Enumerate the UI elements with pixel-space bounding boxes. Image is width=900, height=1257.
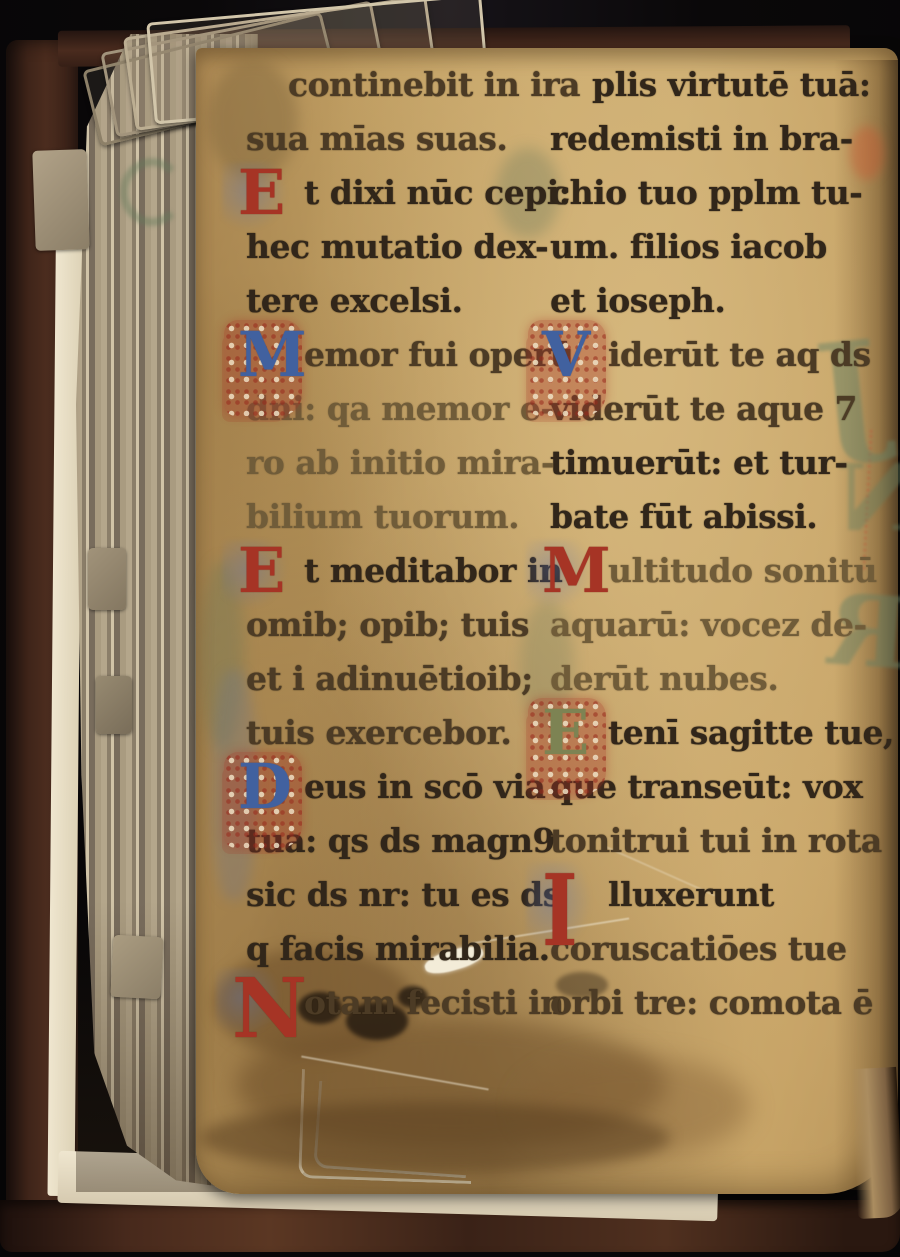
text-line: continebit in ira	[246, 58, 548, 112]
line-text: aquarū: vocez de-	[550, 605, 867, 644]
text-line: um. filios iacob	[550, 220, 882, 274]
fore-edge-tab	[110, 935, 163, 1000]
green-mark	[120, 158, 184, 226]
line-text: timuerūt: et tur-	[550, 443, 848, 482]
line-text: plis virtutē tuā:	[550, 65, 871, 104]
line-text: et i adinuētioib;	[246, 659, 533, 698]
line-text: bate fūt abissi.	[550, 497, 817, 536]
illuminated-initial: V	[542, 324, 590, 386]
text-line: timuerūt: et tur-	[550, 436, 882, 490]
illuminated-initial: D	[238, 756, 292, 818]
line-text: et ioseph.	[550, 281, 725, 320]
illuminated-initial: E	[238, 540, 285, 602]
text-line: tonitrui tui in rota	[550, 814, 882, 868]
text-line: et i adinuētioib;	[246, 652, 548, 706]
verse-line: Memor fui operū	[246, 328, 548, 382]
line-text: tere excelsi.	[246, 281, 463, 320]
fore-edge-tab	[96, 676, 132, 734]
line-text: tenī sagitte tue,	[608, 713, 894, 752]
line-text: t dixi nūc cepi:	[304, 173, 571, 212]
line-text: omib; opib; tuis	[246, 605, 529, 644]
verse-line: Et dixi nūc cepi:	[246, 166, 548, 220]
fore-edge-tab	[88, 548, 126, 610]
verse-line: Notam fecisti in	[246, 976, 548, 1030]
text-column-right: plis virtutē tuā: redemisti in bra- chio…	[550, 58, 882, 1030]
next-leaf-edge	[850, 1067, 900, 1219]
line-text: eus in scō via	[304, 767, 545, 806]
text-line: hec mutatio dex-	[246, 220, 548, 274]
verse-line: Illuxerunt	[550, 868, 882, 922]
text-line: orbi tre: comota ē	[550, 976, 882, 1030]
verse-line: Deus in scō via	[246, 760, 548, 814]
line-text: lluxerunt	[608, 875, 774, 914]
line-text: orbi tre: comota ē	[550, 983, 873, 1022]
text-line: bilium tuorum.	[246, 490, 548, 544]
illuminated-initial: M	[238, 324, 307, 386]
line-text: sic ds nr: tu es ds	[246, 875, 561, 914]
line-text: bilium tuorum.	[246, 497, 519, 536]
text-line: ro ab initio mira-	[246, 436, 548, 490]
text-line: plis virtutē tuā:	[550, 58, 882, 112]
text-line: et ioseph.	[550, 274, 882, 328]
text-line: sua mīas suas.	[246, 112, 548, 166]
line-text: sua mīas suas.	[246, 119, 507, 158]
illuminated-initial: E	[238, 162, 285, 224]
line-text: chio tuo pplm tu-	[550, 173, 862, 212]
illuminated-initial: M	[542, 540, 611, 602]
text-line: sic ds nr: tu es ds	[246, 868, 548, 922]
line-text: derūt nubes.	[550, 659, 778, 698]
line-text: iderūt te aq ds	[608, 335, 871, 374]
verse-line: Et meditabor in	[246, 544, 548, 598]
line-text: t meditabor in	[304, 551, 562, 590]
text-line: derūt nubes.	[550, 652, 882, 706]
line-text: hec mutatio dex-	[246, 227, 548, 266]
text-line: chio tuo pplm tu-	[550, 166, 882, 220]
text-column-left: continebit in ira sua mīas suas. Et dixi…	[246, 58, 548, 1030]
illuminated-initial: I	[542, 862, 578, 961]
verse-line: Multitudo sonitū	[550, 544, 882, 598]
verse-line: Viderūt te aq ds	[550, 328, 882, 382]
verse-line: Etenī sagitte tue,	[550, 706, 882, 760]
line-text: ultitudo sonitū	[608, 551, 877, 590]
line-text: ro ab initio mira-	[246, 443, 554, 482]
line-text: continebit in ira	[246, 65, 580, 104]
illuminated-initial: N	[232, 968, 307, 1050]
stain	[200, 1102, 670, 1174]
fore-edge-tab	[32, 149, 89, 251]
line-text: otam fecisti in	[304, 983, 564, 1022]
text-line: omib; opib; tuis	[246, 598, 548, 652]
text-line: redemisti in bra-	[550, 112, 882, 166]
line-text: tonitrui tui in rota	[550, 821, 882, 860]
illuminated-initial: E	[542, 702, 589, 764]
line-text: um. filios iacob	[550, 227, 827, 266]
line-text: redemisti in bra-	[550, 119, 853, 158]
text-line: coruscatiōes tue	[550, 922, 882, 976]
line-text: coruscatiōes tue	[550, 929, 847, 968]
line-text: tuis exercebor.	[246, 713, 511, 752]
manuscript-photo: J N R continebit in ira sua mīas suas. E…	[0, 0, 900, 1257]
